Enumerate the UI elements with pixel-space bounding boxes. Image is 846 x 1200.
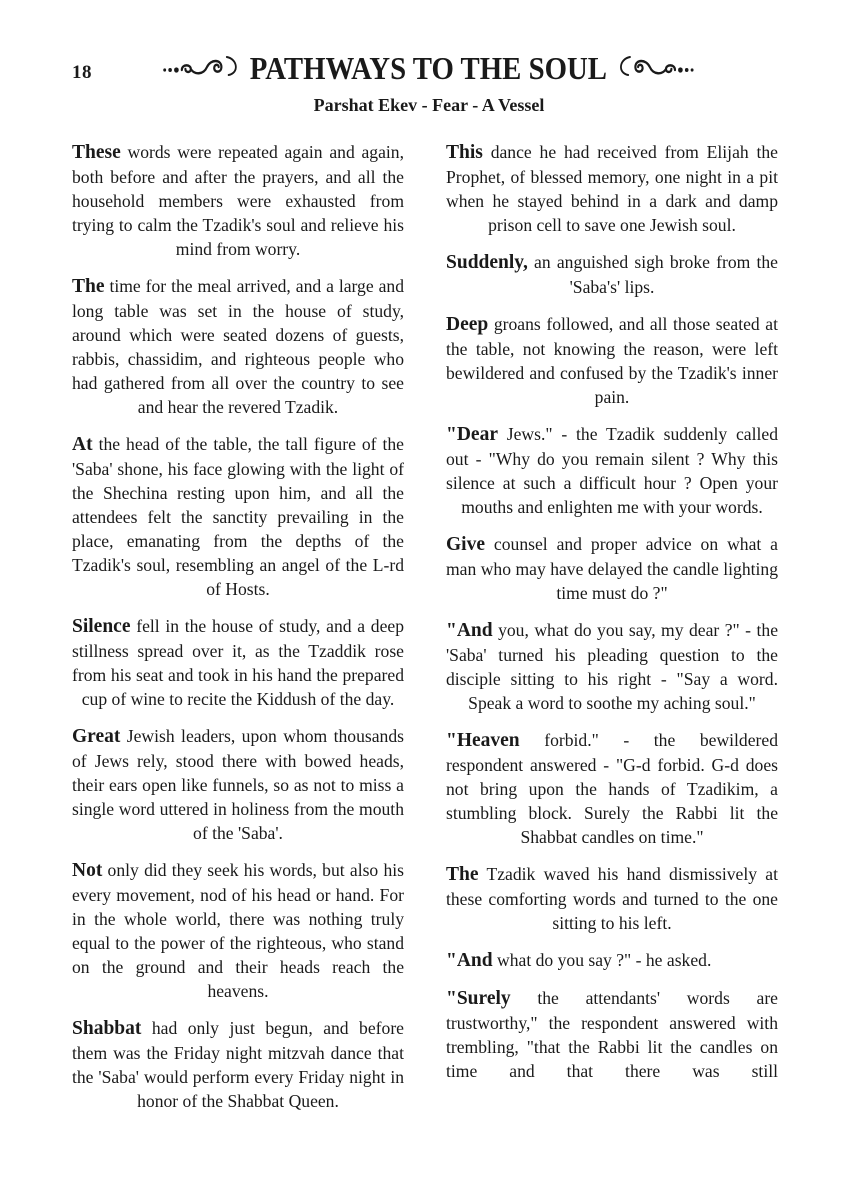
left-flourish-ornament-icon: [162, 50, 245, 87]
paragraph: "And you, what do you say, my dear ?" - …: [446, 618, 778, 715]
paragraph: Give counsel and proper advice on what a…: [446, 532, 778, 605]
lead-word: This: [446, 142, 483, 163]
paragraph: Silence fell in the house of study, and …: [72, 614, 404, 711]
lead-word: These: [72, 142, 121, 163]
paragraph-text: groans followed, and all those seated at…: [446, 314, 778, 407]
paragraph: The Tzadik waved his hand dismissively a…: [446, 862, 778, 935]
paragraph: Deep groans followed, and all those seat…: [446, 312, 778, 409]
lead-word: "Dear: [446, 424, 498, 445]
paragraph: These words were repeated again and agai…: [72, 140, 404, 261]
lead-word: "Surely: [446, 988, 511, 1009]
paragraph: Not only did they seek his words, but al…: [72, 858, 404, 1003]
lead-word: Shabbat: [72, 1018, 141, 1039]
paragraph-text: Jewish leaders, upon whom thousands of J…: [72, 726, 404, 843]
paragraph-text: time for the meal arrived, and a large a…: [72, 276, 404, 417]
paragraph: At the head of the table, the tall figur…: [72, 432, 404, 601]
paragraph: "Dear Jews." - the Tzadik suddenly calle…: [446, 422, 778, 519]
paragraph: This dance he had received from Elijah t…: [446, 140, 778, 237]
book-title: PATHWAYS TO THE SOUL: [250, 50, 607, 87]
paragraph-text: counsel and proper advice on what a man …: [446, 534, 778, 603]
lead-word: "Heaven: [446, 730, 520, 751]
paragraph: "Heaven forbid." - the bewildered respon…: [446, 728, 778, 849]
paragraph-text: dance he had received from Elijah the Pr…: [446, 142, 778, 235]
lead-word: "And: [446, 620, 493, 641]
paragraph-text: words were repeated again and again, bot…: [72, 142, 404, 259]
lead-word: Deep: [446, 314, 488, 335]
lead-word: Give: [446, 534, 485, 555]
paragraph: The time for the meal arrived, and a lar…: [72, 274, 404, 419]
lead-word: Great: [72, 726, 120, 747]
paragraph: Shabbat had only just begun, and before …: [72, 1016, 404, 1113]
paragraph-text: an anguished sigh broke from the 'Saba's…: [528, 252, 778, 297]
right-flourish-ornament-icon: [612, 50, 695, 87]
running-header: PATHWAYS TO THE SOUL: [42, 50, 803, 87]
left-column: These words were repeated again and agai…: [72, 140, 404, 1126]
paragraph: "And what do you say ?" - he asked.: [446, 948, 778, 973]
chapter-subtitle: Parshat Ekev - Fear - A Vessel: [0, 95, 846, 116]
paragraph: "Surely the attendants' words are trustw…: [446, 986, 778, 1083]
paragraph-text: the head of the table, the tall figure o…: [72, 434, 404, 599]
paragraph-text: only did they seek his words, but also h…: [72, 860, 404, 1001]
lead-word: "And: [446, 950, 493, 971]
right-column: This dance he had received from Elijah t…: [446, 140, 778, 1096]
lead-word: Silence: [72, 616, 131, 637]
lead-word: The: [72, 276, 105, 297]
paragraph-text: what do you say ?" - he asked.: [493, 950, 712, 970]
paragraph-text: Tzadik waved his hand dismissively at th…: [446, 864, 778, 933]
paragraph: Great Jewish leaders, upon whom thousand…: [72, 724, 404, 845]
lead-word: Suddenly,: [446, 252, 528, 273]
lead-word: Not: [72, 860, 102, 881]
lead-word: At: [72, 434, 93, 455]
lead-word: The: [446, 864, 479, 885]
paragraph-text: you, what do you say, my dear ?" - the '…: [446, 620, 778, 713]
paragraph: Suddenly, an anguished sigh broke from t…: [446, 250, 778, 299]
